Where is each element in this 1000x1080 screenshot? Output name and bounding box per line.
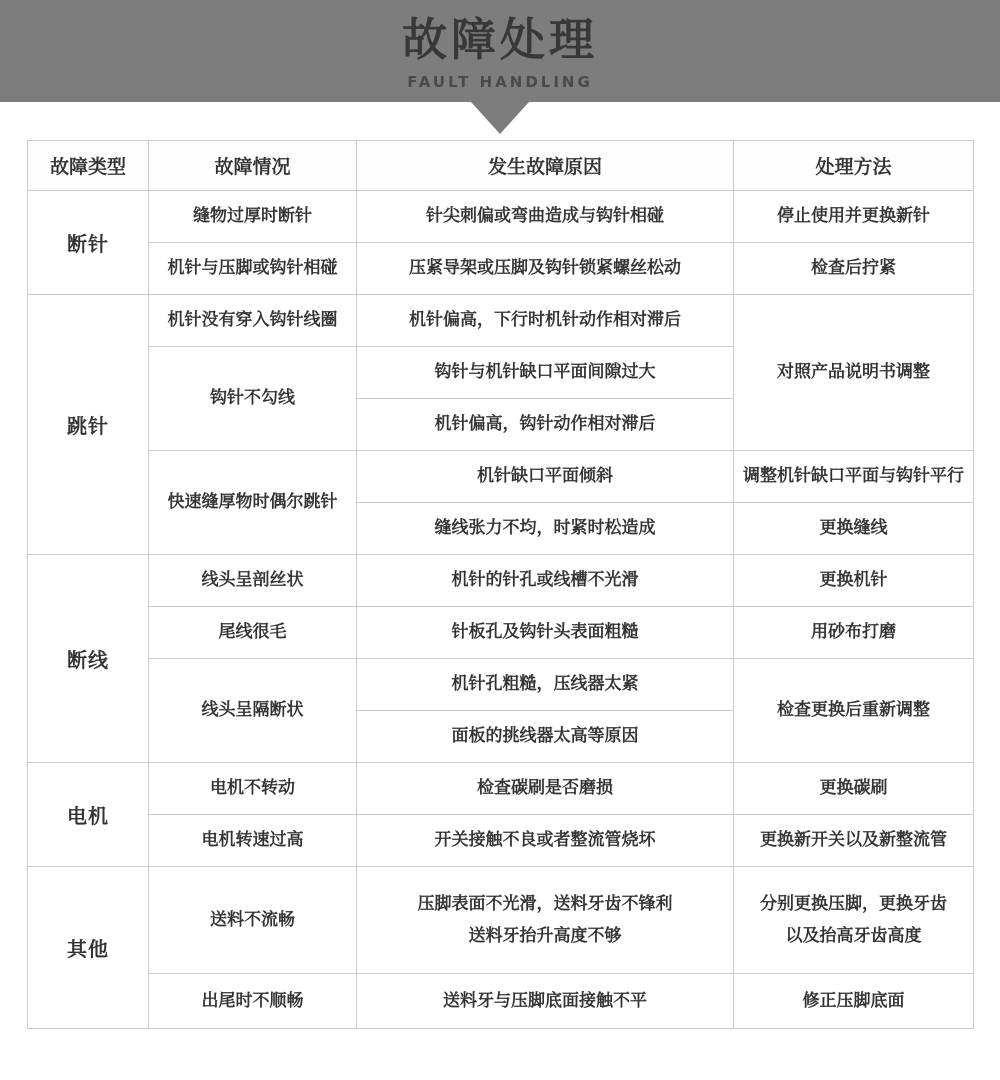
table-row: 跳针 机针没有穿入钩针线圈 机针偏高，下行时机针动作相对滞后 对照产品说明书调整 [28,295,974,347]
fault-type-cell: 断针 [28,191,149,295]
fault-type-cell: 跳针 [28,295,149,555]
cause-cell: 针板孔及钩针头表面粗糙 [357,607,734,659]
solution-cell: 分别更换压脚，更换牙齿 以及抬高牙齿高度 [734,867,974,974]
solution-cell: 更换碳刷 [734,763,974,815]
cause-cell: 开关接触不良或者整流管烧坏 [357,815,734,867]
situation-cell: 电机不转动 [149,763,357,815]
situation-cell: 尾线很毛 [149,607,357,659]
header-fault-cause: 发生故障原因 [357,141,734,191]
solution-cell: 对照产品说明书调整 [734,295,974,451]
header-fault-type: 故障类型 [28,141,149,191]
table-row: 断线 线头呈剖丝状 机针的针孔或线槽不光滑 更换机针 [28,555,974,607]
cause-cell: 针尖刺偏或弯曲造成与钩针相碰 [357,191,734,243]
solution-cell: 用砂布打磨 [734,607,974,659]
header-banner: 故障处理 FAULT HANDLING [0,0,1000,102]
cause-cell: 机针缺口平面倾斜 [357,451,734,503]
situation-cell: 线头呈隔断状 [149,659,357,763]
situation-cell: 线头呈剖丝状 [149,555,357,607]
table-row: 快速缝厚物时偶尔跳针 机针缺口平面倾斜 调整机针缺口平面与钩针平行 [28,451,974,503]
fault-type-cell: 断线 [28,555,149,763]
situation-cell: 机针与压脚或钩针相碰 [149,243,357,295]
table-row: 电机转速过高 开关接触不良或者整流管烧坏 更换新开关以及新整流管 [28,815,974,867]
page-title: 故障处理 [402,15,598,65]
situation-cell: 出尾时不顺畅 [149,974,357,1029]
cause-cell: 机针孔粗糙，压线器太紧 [357,659,734,711]
situation-cell: 钩针不勾线 [149,347,357,451]
table-row: 出尾时不顺畅 送料牙与压脚底面接触不平 修正压脚底面 [28,974,974,1029]
situation-cell: 送料不流畅 [149,867,357,974]
table-row: 机针与压脚或钩针相碰 压紧导架或压脚及钩针锁紧螺丝松动 检查后拧紧 [28,243,974,295]
cause-cell: 压紧导架或压脚及钩针锁紧螺丝松动 [357,243,734,295]
cause-cell: 机针偏高，钩针动作相对滞后 [357,399,734,451]
fault-type-cell: 电机 [28,763,149,867]
cause-cell: 压脚表面不光滑，送料牙齿不锋利 送料牙抬升高度不够 [357,867,734,974]
header-solution: 处理方法 [734,141,974,191]
solution-cell: 停止使用并更换新针 [734,191,974,243]
table-row: 尾线很毛 针板孔及钩针头表面粗糙 用砂布打磨 [28,607,974,659]
cause-cell: 检查碳刷是否磨损 [357,763,734,815]
header-fault-situation: 故障情况 [149,141,357,191]
situation-cell: 快速缝厚物时偶尔跳针 [149,451,357,555]
cause-cell: 送料牙与压脚底面接触不平 [357,974,734,1029]
page-subtitle: FAULT HANDLING [407,73,593,91]
fault-handling-page: 故障处理 FAULT HANDLING 故障类型 故障情况 发生故障原因 处理方… [0,0,1000,1080]
table-row: 线头呈隔断状 机针孔粗糙，压线器太紧 检查更换后重新调整 [28,659,974,711]
situation-cell: 缝物过厚时断针 [149,191,357,243]
solution-cell: 检查更换后重新调整 [734,659,974,763]
solution-cell: 更换新开关以及新整流管 [734,815,974,867]
cause-cell: 缝线张力不均，时紧时松造成 [357,503,734,555]
solution-cell: 检查后拧紧 [734,243,974,295]
fault-type-cell: 其他 [28,867,149,1029]
solution-cell: 更换机针 [734,555,974,607]
situation-cell: 机针没有穿入钩针线圈 [149,295,357,347]
fault-table-header: 故障类型 故障情况 发生故障原因 处理方法 [28,141,974,191]
fault-table: 故障类型 故障情况 发生故障原因 处理方法 断针 缝物过厚时断针 针尖刺偏或弯曲… [27,140,974,1029]
cause-cell: 机针偏高，下行时机针动作相对滞后 [357,295,734,347]
situation-cell: 电机转速过高 [149,815,357,867]
cause-cell: 钩针与机针缺口平面间隙过大 [357,347,734,399]
table-row: 断针 缝物过厚时断针 针尖刺偏或弯曲造成与钩针相碰 停止使用并更换新针 [28,191,974,243]
solution-cell: 修正压脚底面 [734,974,974,1029]
header-row: 故障类型 故障情况 发生故障原因 处理方法 [28,141,974,191]
cause-cell: 面板的挑线器太高等原因 [357,711,734,763]
table-row: 电机 电机不转动 检查碳刷是否磨损 更换碳刷 [28,763,974,815]
cause-cell: 机针的针孔或线槽不光滑 [357,555,734,607]
table-row: 其他 送料不流畅 压脚表面不光滑，送料牙齿不锋利 送料牙抬升高度不够 分别更换压… [28,867,974,974]
solution-cell: 调整机针缺口平面与钩针平行 [734,451,974,503]
solution-cell: 更换缝线 [734,503,974,555]
banner-pointer-triangle [471,102,529,134]
